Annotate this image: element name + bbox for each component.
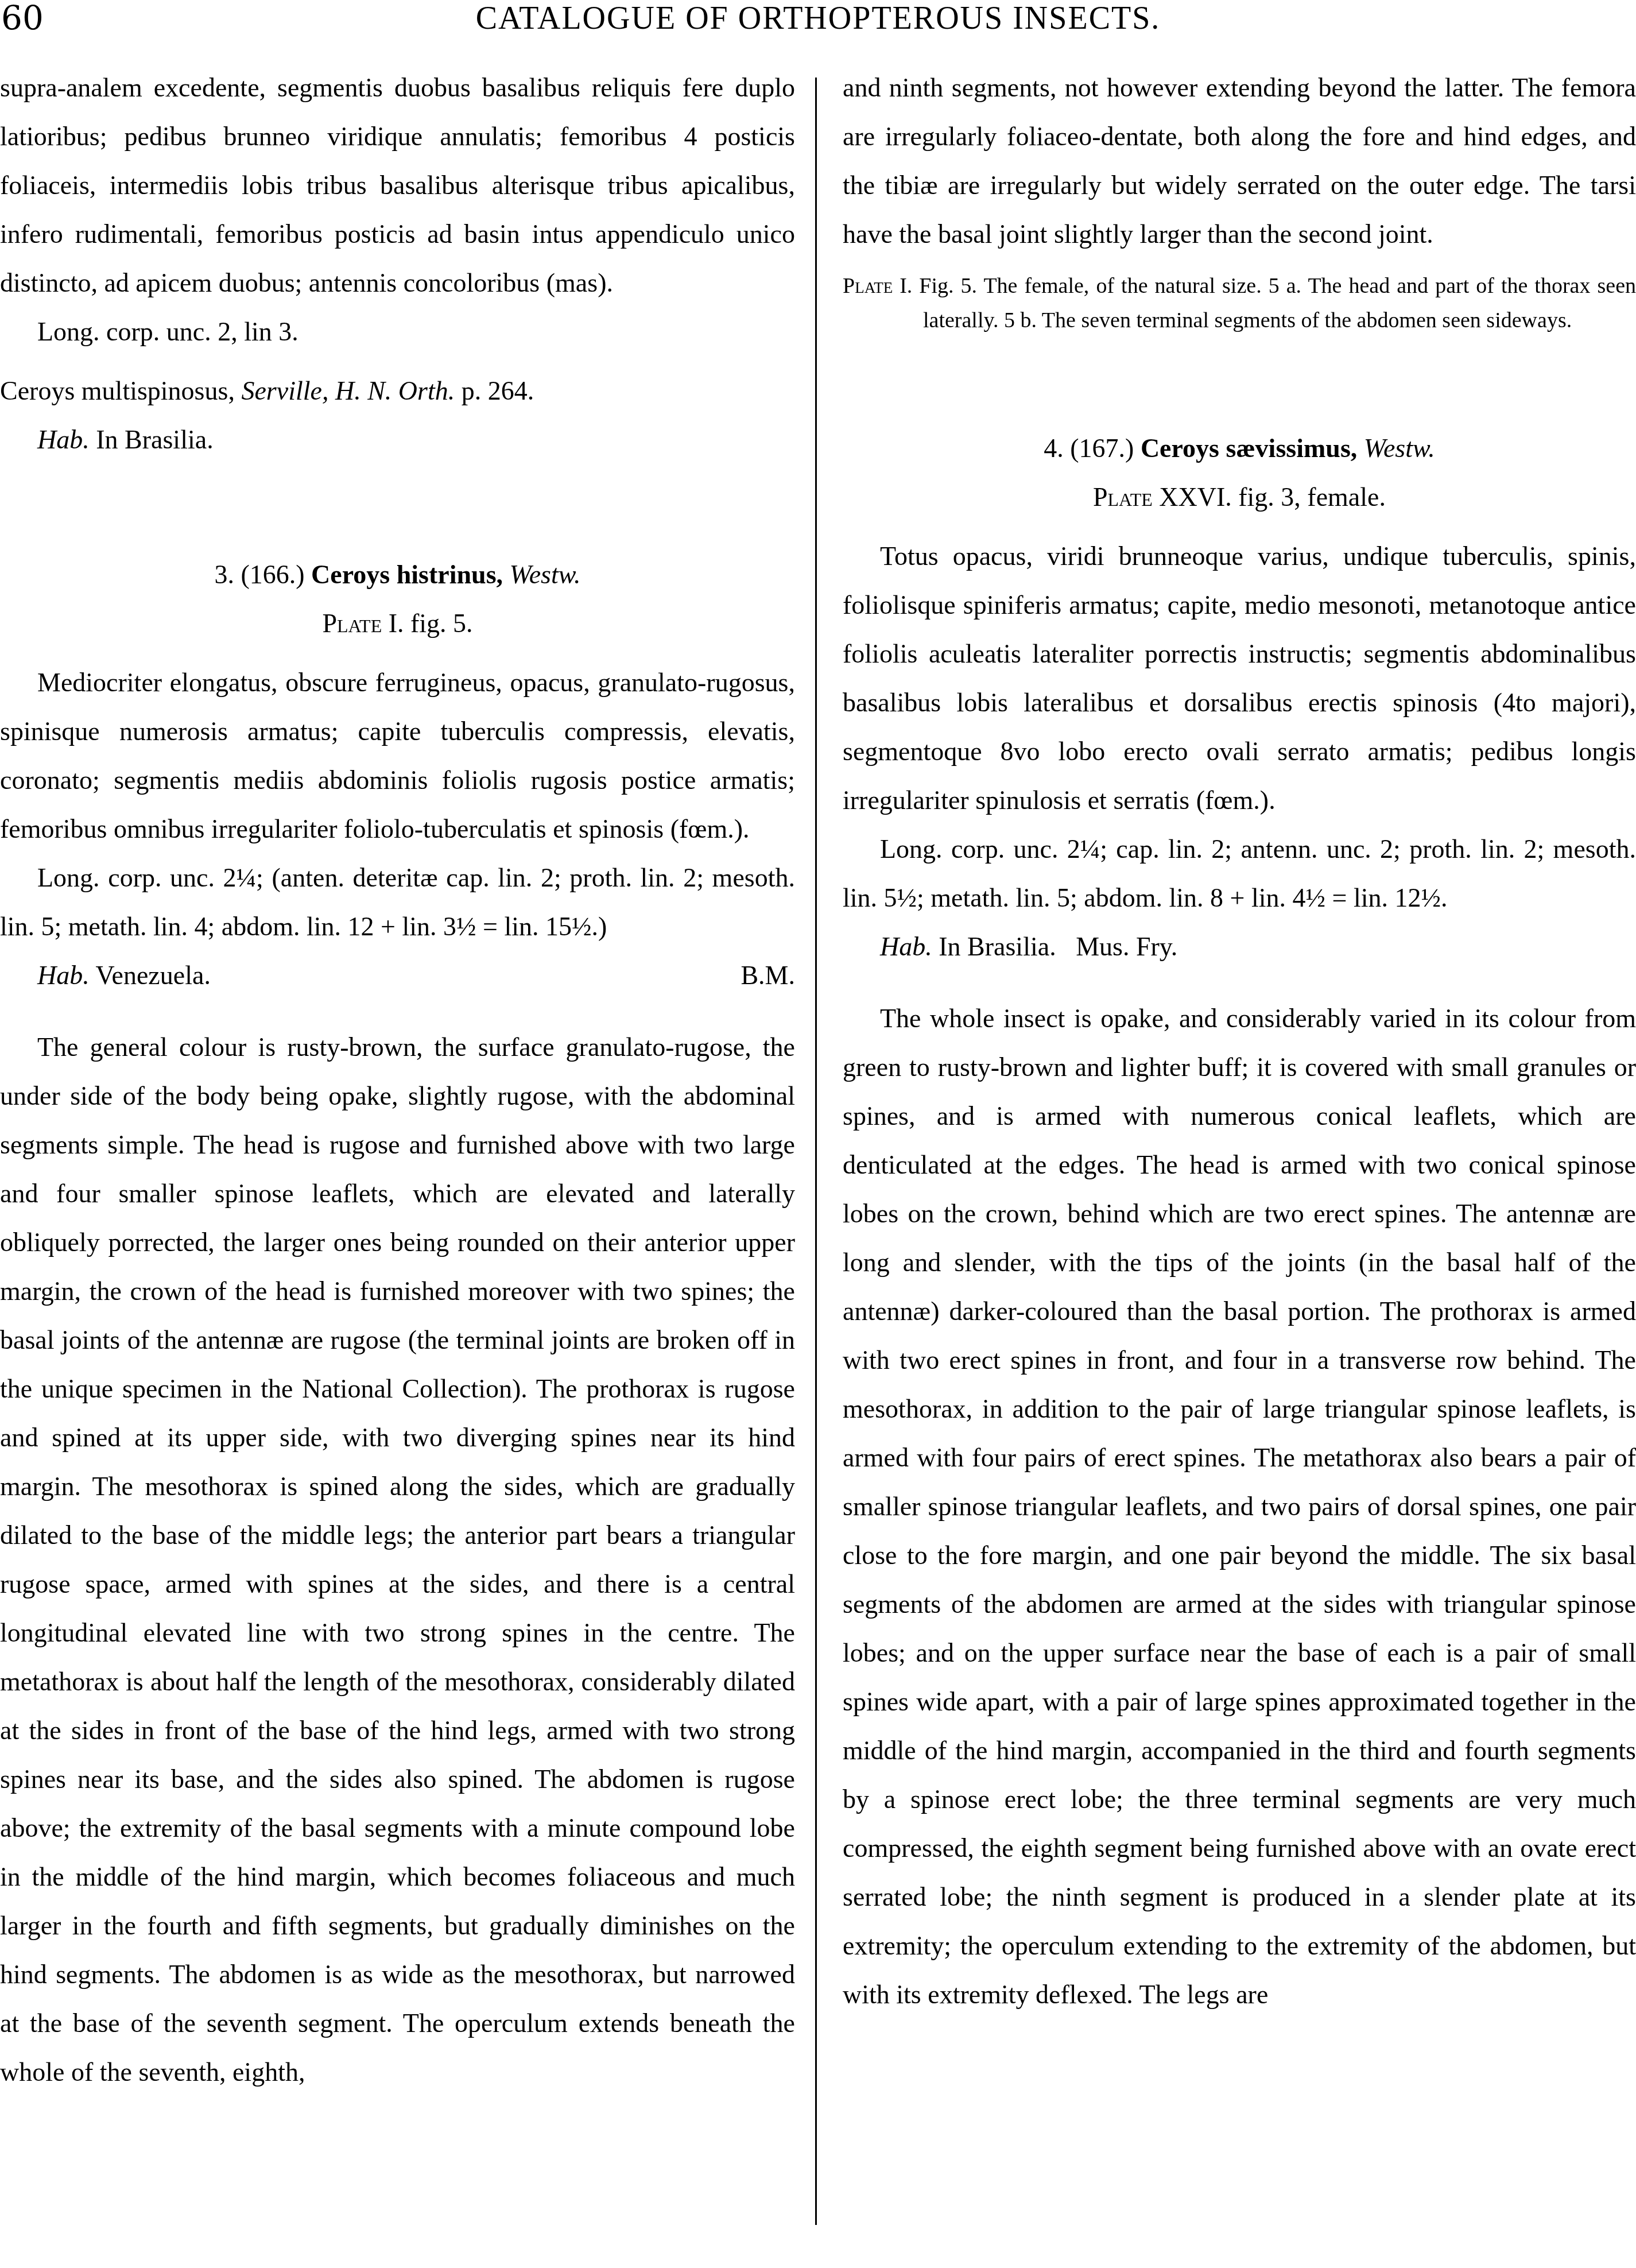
column-divider [815,78,817,2225]
synonym-author: Serville, H. N. Orth. [241,376,455,405]
habitat: Hab. Venezuela. [37,951,211,1000]
habitat-row: Hab. Venezuela. B.M. [0,951,795,1000]
species-diagnosis: Mediocriter elongatus, obscure ferrugine… [0,658,795,853]
species-measurements: Long. corp. unc. 2¼; (anten. deteritæ ca… [0,853,795,951]
collection: B.M. [741,951,795,1000]
continued-diagnosis: supra-analem excedente, segmentis duobus… [0,63,795,307]
plate-reference: Plate I. fig. 5. [0,599,795,648]
species-name: Ceroys sævissimus, [1141,434,1364,463]
plate-caption-ref: I. [893,274,912,298]
species-number: 4. (167.) [1044,434,1141,463]
continued-habitat: Hab. In Brasilia. [0,415,795,464]
plate-caption-text: Fig. 5. The female, of the natural size.… [912,274,1636,332]
running-title: CATALOGUE OF ORTHOPTEROUS INSECTS. [0,2,1636,34]
collection: Mus. Fry. [1076,932,1177,961]
species-author: Westw. [1364,434,1435,463]
species-name: Ceroys histrinus, [311,560,509,589]
continued-description: and ninth segments, not however extendin… [843,63,1636,258]
synonym-page: p. 264. [455,376,534,405]
plate-ref: XXVI. fig. 3, female. [1153,482,1386,512]
species-diagnosis: Totus opacus, viridi brunneoque varius, … [843,532,1636,825]
page-header: 60 CATALOGUE OF ORTHOPTEROUS INSECTS. [0,0,1636,63]
species-description: The whole insect is opake, and considera… [843,994,1636,2019]
plate-caption: Plate I. Fig. 5. The female, of the natu… [843,269,1636,338]
species-measurements: Long. corp. unc. 2¼; cap. lin. 2; antenn… [843,825,1636,922]
right-column: and ninth segments, not however extendin… [843,63,1636,2019]
hab-text: In Brasilia. [90,425,214,454]
synonym-reference: Ceroys multispinosus, Serville, H. N. Or… [0,366,795,415]
plate-ref: I. fig. 5. [382,609,472,638]
species-heading: 4. (167.) Ceroys sævissimus, Westw. [843,424,1636,473]
species-heading: 3. (166.) Ceroys histrinus, Westw. [0,550,795,599]
habitat: Hab. In Brasilia. Mus. Fry. [843,922,1636,971]
synonym-name: Ceroys multispinosus, [0,376,241,405]
plate-caption-label: Plate [843,274,893,298]
left-column: supra-analem excedente, segmentis duobus… [0,63,795,2096]
species-author: Westw. [510,560,581,589]
hab-label: Hab. [37,425,90,454]
species-description: The general colour is rusty-brown, the s… [0,1023,795,2096]
hab-label: Hab. [880,932,932,961]
plate-label: Plate [1093,482,1153,512]
hab-text: In Brasilia. [932,932,1056,961]
continued-measurements: Long. corp. unc. 2, lin 3. [0,307,795,356]
species-number: 3. (166.) [214,560,311,589]
plate-reference: Plate XXVI. fig. 3, female. [843,473,1636,521]
plate-label: Plate [322,609,382,638]
hab-label: Hab. [37,961,90,990]
hab-text: Venezuela. [90,961,211,990]
